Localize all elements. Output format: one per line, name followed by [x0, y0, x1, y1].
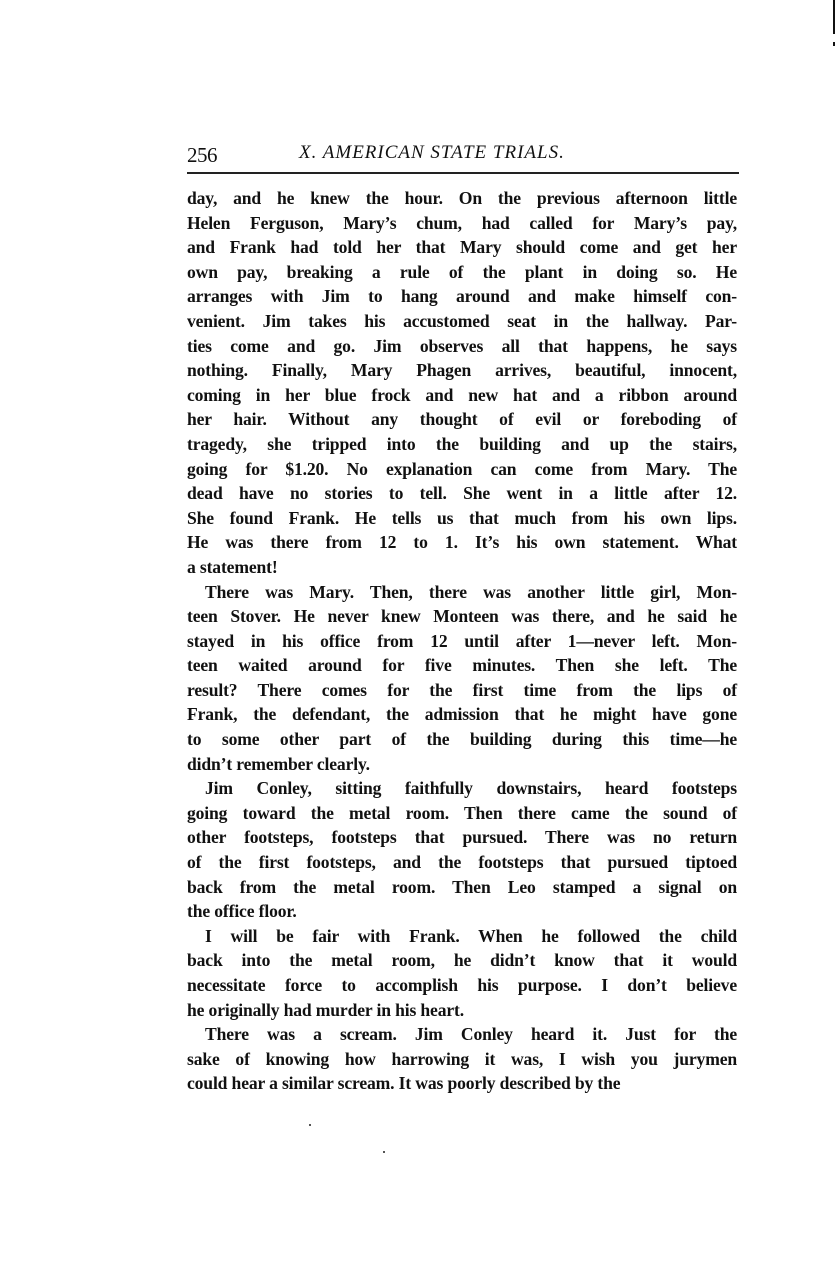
text-line: going toward the metal room. Then there … [187, 801, 737, 826]
text-line: Jim Conley, sitting faithfully downstair… [187, 776, 737, 801]
text-line: sake of knowing how harrowing it was, I … [187, 1047, 737, 1072]
text-line: Helen Ferguson, Mary’s chum, had called … [187, 211, 737, 236]
text-line: back into the metal room, he didn’t know… [187, 948, 737, 973]
text-line: own pay, breaking a rule of the plant in… [187, 260, 737, 285]
text-line: There was Mary. Then, there was another … [187, 580, 737, 605]
text-line: he originally had murder in his heart. [187, 998, 737, 1023]
scan-speck [309, 1124, 311, 1126]
running-title: X. AMERICAN STATE TRIALS. [299, 138, 565, 168]
page-edge-line [833, 0, 835, 34]
paragraph: There was Mary. Then, there was another … [187, 580, 737, 777]
scan-speck [383, 1151, 385, 1153]
text-line: going for $1.20. No explanation can come… [187, 457, 737, 482]
header-rule [187, 172, 739, 174]
book-page: 256 X. AMERICAN STATE TRIALS. day, and h… [187, 138, 737, 1096]
page-edge-mark [833, 42, 835, 46]
text-line: back from the metal room. Then Leo stamp… [187, 875, 737, 900]
text-line: coming in her blue frock and new hat and… [187, 383, 737, 408]
text-line: didn’t remember clearly. [187, 752, 737, 777]
text-line: could hear a similar scream. It was poor… [187, 1071, 737, 1096]
text-line: nothing. Finally, Mary Phagen arrives, b… [187, 358, 737, 383]
paragraph: day, and he knew the hour. On the previo… [187, 186, 737, 580]
text-line: I will be fair with Frank. When he follo… [187, 924, 737, 949]
text-line: other footsteps, footsteps that pursued.… [187, 825, 737, 850]
text-line: necessitate force to accomplish his purp… [187, 973, 737, 998]
text-line: of the first footsteps, and the footstep… [187, 850, 737, 875]
paragraph: Jim Conley, sitting faithfully downstair… [187, 776, 737, 924]
text-line: to some other part of the building durin… [187, 727, 737, 752]
running-head: 256 X. AMERICAN STATE TRIALS. [187, 138, 737, 168]
paragraph: I will be fair with Frank. When he follo… [187, 924, 737, 1022]
text-line: ties come and go. Jim observes all that … [187, 334, 737, 359]
text-line: venient. Jim takes his accustomed seat i… [187, 309, 737, 334]
paragraph: There was a scream. Jim Conley heard it.… [187, 1022, 737, 1096]
text-line: Frank, the defendant, the admission that… [187, 702, 737, 727]
text-line: arranges with Jim to hang around and mak… [187, 284, 737, 309]
text-line: She found Frank. He tells us that much f… [187, 506, 737, 531]
text-line: her hair. Without any thought of evil or… [187, 407, 737, 432]
text-line: and Frank had told her that Mary should … [187, 235, 737, 260]
text-line: the office floor. [187, 899, 737, 924]
text-line: He was there from 12 to 1. It’s his own … [187, 530, 737, 555]
text-line: teen waited around for five minutes. The… [187, 653, 737, 678]
text-line: tragedy, she tripped into the building a… [187, 432, 737, 457]
text-line: stayed in his office from 12 until after… [187, 629, 737, 654]
text-line: a statement! [187, 555, 737, 580]
text-line: result? There comes for the first time f… [187, 678, 737, 703]
page-number: 256 [187, 140, 217, 170]
text-line: There was a scream. Jim Conley heard it.… [187, 1022, 737, 1047]
text-line: teen Stover. He never knew Monteen was t… [187, 604, 737, 629]
text-line: day, and he knew the hour. On the previo… [187, 186, 737, 211]
text-line: dead have no stories to tell. She went i… [187, 481, 737, 506]
body-text: day, and he knew the hour. On the previo… [187, 186, 737, 1096]
